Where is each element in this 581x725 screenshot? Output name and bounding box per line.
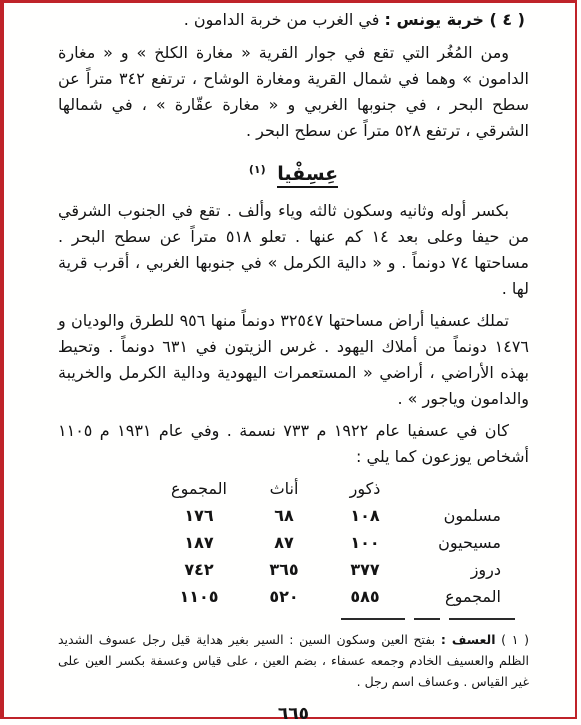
grand-total-total: ١١٠٥	[151, 584, 247, 610]
footnote-separator	[58, 618, 515, 620]
entry-khirbet-yunis-text: في الغرب من خربة الدامون .	[184, 10, 380, 29]
row-label-druze: دروز	[409, 557, 501, 583]
grand-total-males: ٥٨٥	[321, 584, 409, 610]
page-content: ( ٤ ) خربة يونس : في الغرب من خربة الدام…	[58, 7, 529, 725]
footnote-marker: ( ١ )	[501, 632, 529, 647]
row-label-muslims: مسلمون	[409, 503, 501, 529]
table-corner-cell	[409, 476, 501, 502]
grand-total-females: ٥٢٠	[247, 584, 321, 610]
book-page: ( ٤ ) خربة يونس : في الغرب من خربة الدام…	[0, 0, 581, 725]
row-label-grand-total: المجموع	[409, 584, 501, 610]
footnote: ( ١ ) العسف : بفتح العين وسكون السين : ا…	[58, 629, 529, 692]
druze-females: ٣٦٥	[247, 557, 321, 583]
page-number: ٦٦٥	[58, 701, 529, 725]
entry-khirbet-yunis: ( ٤ ) خربة يونس : في الغرب من خربة الدام…	[58, 7, 529, 33]
row-label-christians: مسيحيون	[409, 530, 501, 556]
christians-total: ١٨٧	[151, 530, 247, 556]
heading-footnote-reference: (١)	[249, 163, 266, 176]
christians-females: ٨٧	[247, 530, 321, 556]
druze-males: ٣٧٧	[321, 557, 409, 583]
section-heading-isfiya: عِسِفْيا (١)	[58, 157, 529, 187]
muslims-females: ٦٨	[247, 503, 321, 529]
column-header-total: المجموع	[151, 476, 247, 502]
paragraph-land-area: تملك عسفيا أراض مساحتها ٣٢٥٤٧ دونماً منه…	[58, 308, 529, 412]
paragraph-population-intro: كان في عسفيا عام ١٩٢٢ م ٧٣٣ نسمة . وفي ع…	[58, 418, 529, 470]
section-heading-title: عِسِفْيا	[277, 163, 338, 188]
footnote-term: العسف :	[441, 632, 496, 647]
druze-total: ٧٤٢	[151, 557, 247, 583]
column-header-males: ذكور	[321, 476, 409, 502]
paragraph-caves: ومن المُغُر التي تقع في جوار القرية « مغ…	[58, 40, 529, 144]
christians-males: ١٠٠	[321, 530, 409, 556]
separator-dash	[449, 618, 515, 620]
muslims-total: ١٧٦	[151, 503, 247, 529]
column-header-females: أناث	[247, 476, 321, 502]
muslims-males: ١٠٨	[321, 503, 409, 529]
population-table: ذكور أناث المجموع مسلمون ١٠٨ ٦٨ ١٧٦ مسيح…	[151, 476, 501, 610]
separator-dash	[414, 618, 440, 620]
entry-khirbet-yunis-label: ( ٤ ) خربة يونس :	[384, 10, 525, 29]
paragraph-etymology-location: بكسر أوله وثانيه وسكون ثالثه وياء وألف .…	[58, 198, 529, 302]
separator-dash	[341, 618, 405, 620]
